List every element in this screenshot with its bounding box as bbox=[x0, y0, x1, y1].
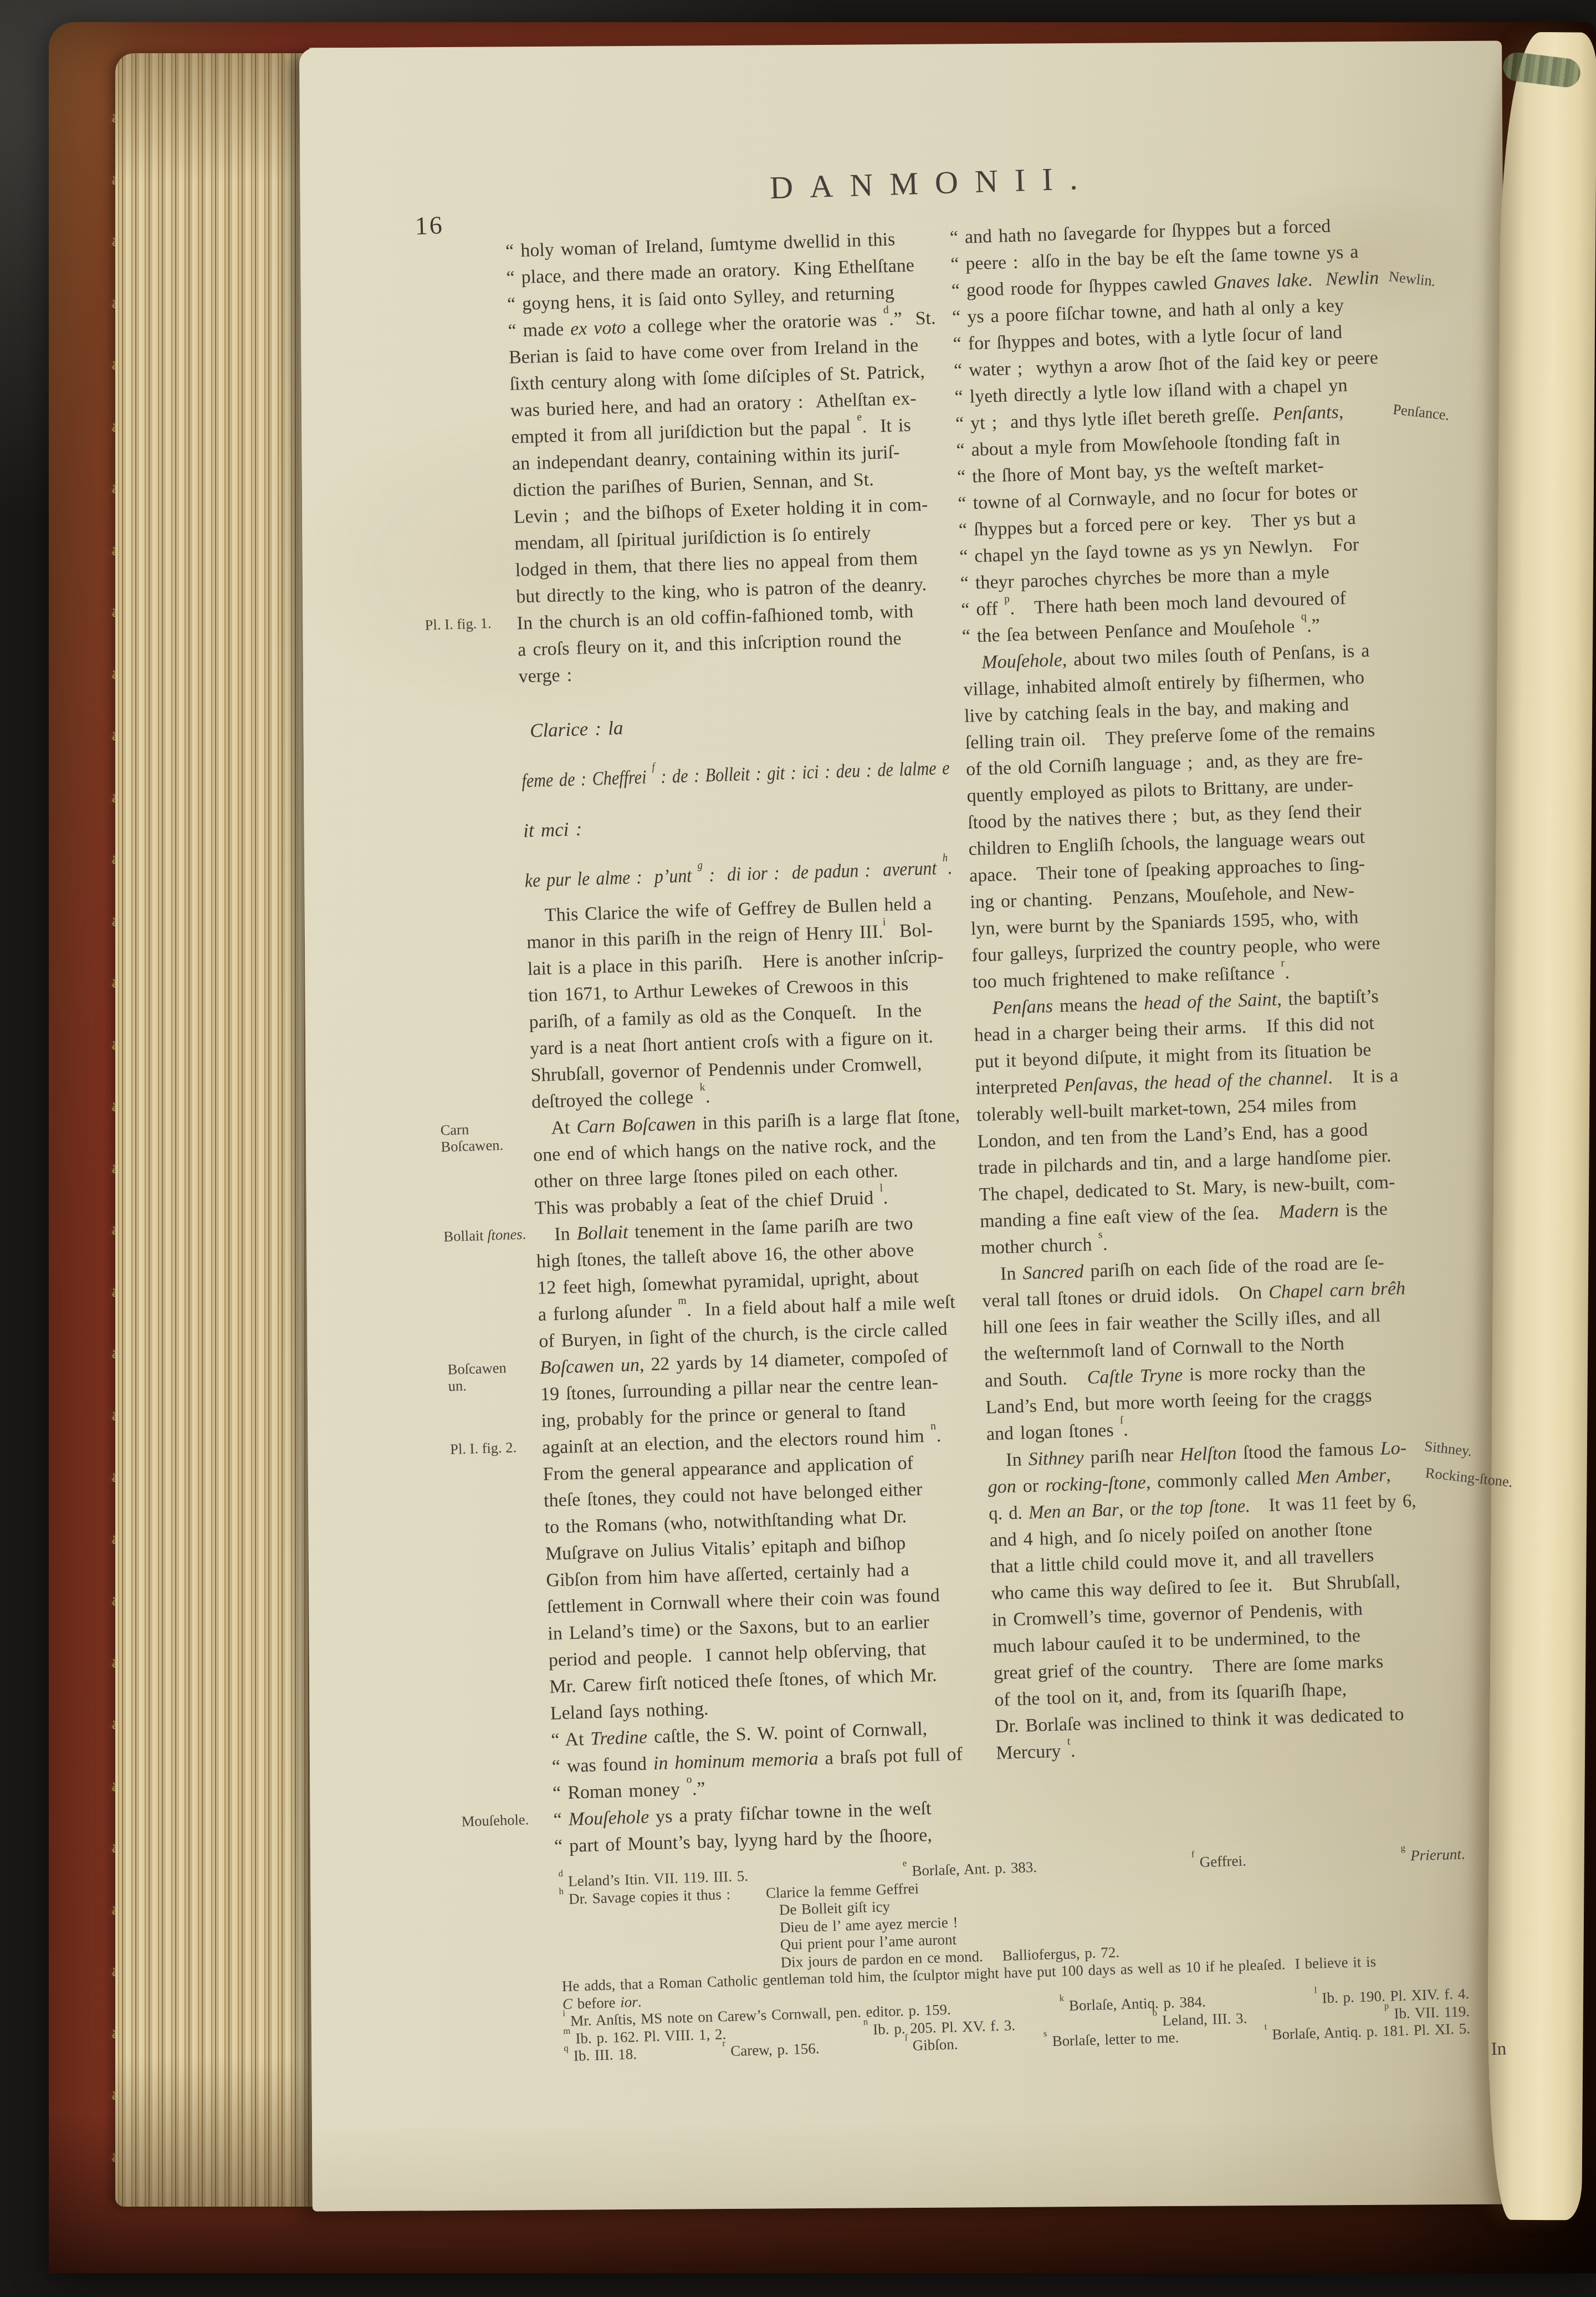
margin-note-line: Boſcawen bbox=[447, 1359, 507, 1378]
margin-note: Rocking-ſtone. bbox=[1425, 1464, 1514, 1490]
margin-note-line: Newlin. bbox=[1388, 268, 1436, 289]
margin-note-line: Pl. I. fig. 1. bbox=[424, 615, 492, 633]
margin-note-line: Boſcawen. bbox=[441, 1137, 503, 1155]
margin-note: Pl. I. fig. 2. bbox=[450, 1439, 517, 1457]
footnotes: d Leland’s Itin. VII. 119. III. 5.e Borl… bbox=[559, 1845, 1471, 2065]
margin-note: CarnBoſcawen. bbox=[440, 1120, 503, 1155]
footnote-entry: C before ior. bbox=[562, 1993, 642, 2012]
page-edges-stack bbox=[115, 53, 313, 2207]
margin-note: Bollait ſtones. bbox=[443, 1226, 526, 1245]
margin-note: Sithney. bbox=[1424, 1437, 1473, 1459]
footnote-entry: g Prierunt. bbox=[1401, 1845, 1465, 1865]
margin-note: Newlin. bbox=[1388, 268, 1436, 289]
margin-note: Pl. I. fig. 1. bbox=[424, 615, 492, 633]
margin-note: Boſcawenun. bbox=[447, 1359, 507, 1394]
running-title: DANMONII. bbox=[358, 147, 1489, 219]
footnote-entry: q Ib. III. 18. bbox=[564, 2045, 637, 2065]
footnote-entry: o Leland, III. 3. bbox=[1153, 2009, 1247, 2030]
right-column: “ and hath no ſavegarde for ſhyppes but … bbox=[949, 212, 1424, 1767]
margin-notes-right: Newlin.Penſance.Sithney.Rocking-ſtone. bbox=[1388, 208, 1488, 211]
page-text-layer: 16 DANMONII. Pl. I. fig. 1.CarnBoſcawen.… bbox=[357, 127, 1549, 2167]
margin-note-line: Penſance. bbox=[1392, 401, 1450, 423]
margin-note-line: Mouſehole. bbox=[461, 1811, 529, 1830]
margin-note-line: Bollait ſtones. bbox=[443, 1226, 526, 1245]
footnote-entry: ſ Gibſon. bbox=[905, 2036, 958, 2055]
footnote-entry: De Bolleit giſt icy bbox=[779, 1898, 890, 1918]
footnote-entry: p Ib. VII. 119. bbox=[1384, 2003, 1470, 2023]
margin-note-line: un. bbox=[448, 1376, 507, 1394]
footnote-entry: f Geffrei. bbox=[1191, 1852, 1246, 1871]
margin-note-line: Rocking-ſtone. bbox=[1425, 1464, 1514, 1490]
margin-note: Mouſehole. bbox=[461, 1811, 529, 1830]
margin-note-line: Sithney. bbox=[1424, 1437, 1473, 1459]
margin-note-line: Carn bbox=[440, 1120, 503, 1138]
margin-note: Penſance. bbox=[1392, 401, 1450, 423]
margin-note-line: Pl. I. fig. 2. bbox=[450, 1439, 517, 1457]
footnote-entry: s Borlaſe, letter to me. bbox=[1043, 2029, 1179, 2050]
footnote-entry: r Carew, p. 156. bbox=[722, 2040, 820, 2060]
left-column: “ holy woman of Ireland, ſumtyme dwellid… bbox=[505, 225, 983, 1860]
photo-backdrop: ❧ ❧ ❧ ❧ ❧ ❧ ❧ ❧ ❧ ❧ ❧ ❧ ❧ ❧ ❧ ❧ ❧ ❧ ❧ ❧ … bbox=[0, 0, 1596, 2297]
